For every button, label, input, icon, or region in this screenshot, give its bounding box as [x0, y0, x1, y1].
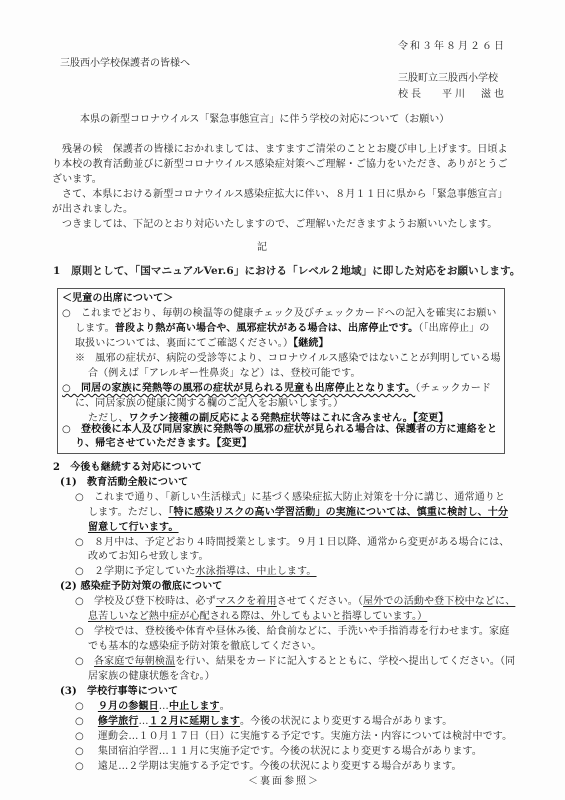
sub2-heading: (2) 感染症予防対策の徹底について: [60, 580, 222, 593]
sub1-text: 留意して行います。: [88, 521, 179, 534]
event-name: 修学旅行: [98, 716, 139, 727]
sub2-text: ○ 各家庭で毎朝検温を行い、結果をカードに記入するとともに、学校へ提出してくださ…: [75, 655, 515, 668]
intro-text: 残暑の候 保護者の皆様におかれましては、ますますご清栄のこととお慶び申し上げます…: [62, 143, 508, 156]
text-span-underlined: 水泳指導は、中止します。: [196, 566, 317, 577]
text-span-bold: 【変更】: [216, 438, 252, 449]
text-span-bold: ○ 同居の家族に発熱等の風邪の症状が見られる児童も出席停止となります。: [62, 383, 415, 394]
bullet: ○: [75, 701, 84, 712]
section2-heading: 2 今後も継続する対応について: [53, 461, 202, 474]
text-span: …: [159, 701, 169, 712]
box-text: 取扱いについては、裏面にてご確認ください。）【継続】: [75, 337, 329, 350]
text-span-underlined: 屋外での活動や登下校中などに、: [363, 596, 515, 607]
box-text: ○ 登校後に本人及び同居家族に発熱等の風邪の症状が見られる場合は、保護者の方に連…: [62, 423, 497, 436]
text-span: します。: [75, 323, 115, 334]
intro-text: さて、本県における新型コロナウイルス感染症拡大に伴い、８月１１日に県から「緊急事…: [62, 188, 508, 201]
text-span: を行い、結果をカードに記入するとともに、学校へ提出してください。（同: [175, 656, 515, 667]
sub1-text: ○ ８月中は、予定どおり４時間授業とします。９月１日以降、通常から変更がある場合…: [75, 536, 509, 549]
event-item: ○９月の参観日…中止します。: [75, 700, 230, 713]
box-note: ※ 風邪の症状が、病院の受診等により、コロナウイルス感染ではないことが判明してい…: [75, 352, 501, 365]
sender-org: 三股町立三股西小学校: [398, 72, 498, 85]
text-span: 。今後の状況により変更する場合があります。: [240, 716, 452, 727]
sub2-text: 息苦しいなど熱中症が心配される際は、外してもよいと指導しています。）: [88, 610, 427, 623]
intro-text: ざいます。: [52, 173, 102, 186]
sub2-text: ○ 学校では、登校後や体育や昼休み後、給食前などに、手洗いや手指消毒を行わせます…: [75, 625, 509, 638]
intro-text: が出されました。: [52, 203, 133, 216]
text-span: （チェックカード: [415, 383, 491, 394]
text-span-underlined: マスクを着用: [216, 596, 277, 607]
sub2-text: ○ 学校及び登下校時は、必ずマスクを着用させてください。（屋外での活動や登下校中…: [75, 595, 515, 608]
sub1-text: ○ ２学期に予定していた水泳指導は、中止します。: [75, 565, 317, 578]
text-span: 。: [220, 701, 230, 712]
text-span: …: [139, 716, 149, 727]
text-span: させてください。（: [277, 596, 363, 607]
sub1-text: します。ただし、「特に感染リスクの高い学習活動」の実施については、慎重に検討し、…: [88, 506, 508, 519]
event-item: ○修学旅行…１２月に延期します。今後の状況により変更する場合があります。: [75, 715, 452, 728]
sub1-text: ○ これまで通り、「新しい生活様式」に基づく感染症拡大防止対策を十分に講じ、通常…: [75, 491, 505, 504]
box-note: 合（例えば「アレルギー性鼻炎」など）は、登校可能です。: [88, 367, 361, 380]
text-span-underlined: 各家庭で毎朝検温: [94, 656, 175, 667]
box-text: ○ これまでどおり、毎朝の検温等の健康チェック及びチェックカードへの記入を確実に…: [62, 307, 497, 320]
text-span: ○ 学校及び登下校時は、必ず: [75, 596, 216, 607]
event-item: ○集団宿泊学習…１１月に実施予定です。今後の状況により変更する場合があります。: [75, 745, 482, 758]
sender-title: 校長: [398, 89, 424, 100]
event-name: ９月の参観日: [98, 701, 159, 712]
event-text: 運動会…１０月１７日（日）に実施する予定です。実施方法・内容については検討中です…: [98, 731, 512, 742]
text-span-bold: 「特に感染リスクの高い学習活動」の実施については、慎重に検討し、十分: [168, 507, 508, 518]
box-text: り、帰宅させていただきます。【変更】: [75, 437, 252, 450]
sub3-heading: (3) 学校行事等について: [60, 685, 178, 698]
sub2-text: 居家族の健康状態を含む。）: [88, 670, 215, 683]
bullet: ○: [75, 746, 84, 757]
see-back-note: ＜裏面参照＞: [248, 775, 320, 788]
text-span: 取扱いについては、裏面にてご確認ください。）: [75, 338, 293, 349]
sender-name: 平川 滋也: [442, 89, 507, 100]
text-span-bold: 【継続】: [293, 338, 329, 349]
sub2-text: でも基本的な感染症予防対策を徹底してください。: [88, 640, 321, 653]
intro-text: つきましては、下記のとおり対応いたしますので、ご理解いただきますようお願いいたし…: [62, 218, 497, 231]
bullet: ○: [75, 731, 84, 742]
document-date: 令和３年８月２６日: [398, 40, 506, 53]
text-span: します。ただし、: [88, 507, 168, 518]
intro-text: り本校の教育活動並びに新型コロナウイルス感染症対策へご理解・ご協力をいただき、あ…: [52, 158, 508, 171]
box-title: ＜児童の出席について＞: [62, 292, 173, 305]
text-span: （「出席停止」の: [418, 323, 489, 334]
section1-heading: 1 原則として、「国マニュアルVer.6」における「レベル２地域」に即した対応を…: [53, 265, 521, 278]
sub1-heading: (1) 教育活動全般について: [60, 476, 188, 489]
box-text: ○ 同居の家族に発熱等の風邪の症状が見られる児童も出席停止となります。（チェック…: [62, 382, 491, 395]
text-span-bold: り、帰宅させていただきます。: [75, 438, 216, 449]
recipient: 三股西小学校保護者の皆様へ: [60, 57, 190, 70]
text-span: ○ ２学期に予定していた: [75, 566, 196, 577]
ki-label: 記: [257, 241, 267, 254]
text-span: ○: [75, 656, 94, 667]
event-status: １２月に延期します: [149, 716, 240, 727]
bullet: ○: [75, 761, 84, 772]
document-title: 本県の新型コロナウイルス「緊急事態宣言」に伴う学校の対応について（お願い）: [80, 113, 449, 126]
bullet: ○: [75, 716, 84, 727]
event-text: 集団宿泊学習…１１月に実施予定です。今後の状況により変更する場合があります。: [98, 746, 482, 757]
event-item: ○遠足…２学期は実施する予定です。今後の状況により変更する場合があります。: [75, 760, 462, 773]
box-text: に、同居家族の健康に関する欄のご記入をお願いします。）: [75, 397, 343, 410]
event-item: ○運動会…１０月１７日（日）に実施する予定です。実施方法・内容については検討中で…: [75, 730, 512, 743]
text-span-bold: 普段より熱が高い場合や、風邪症状がある場合は、出席停止です。: [115, 323, 419, 334]
sub1-text: 改めてお知らせ致します。: [88, 550, 209, 563]
sender-signature: 校長平川 滋也: [398, 88, 507, 101]
event-text: 遠足…２学期は実施する予定です。今後の状況により変更する場合があります。: [98, 761, 462, 772]
event-status: 中止します: [169, 701, 220, 712]
box-text: します。普段より熱が高い場合や、風邪症状がある場合は、出席停止です。（「出席停止…: [75, 322, 490, 335]
